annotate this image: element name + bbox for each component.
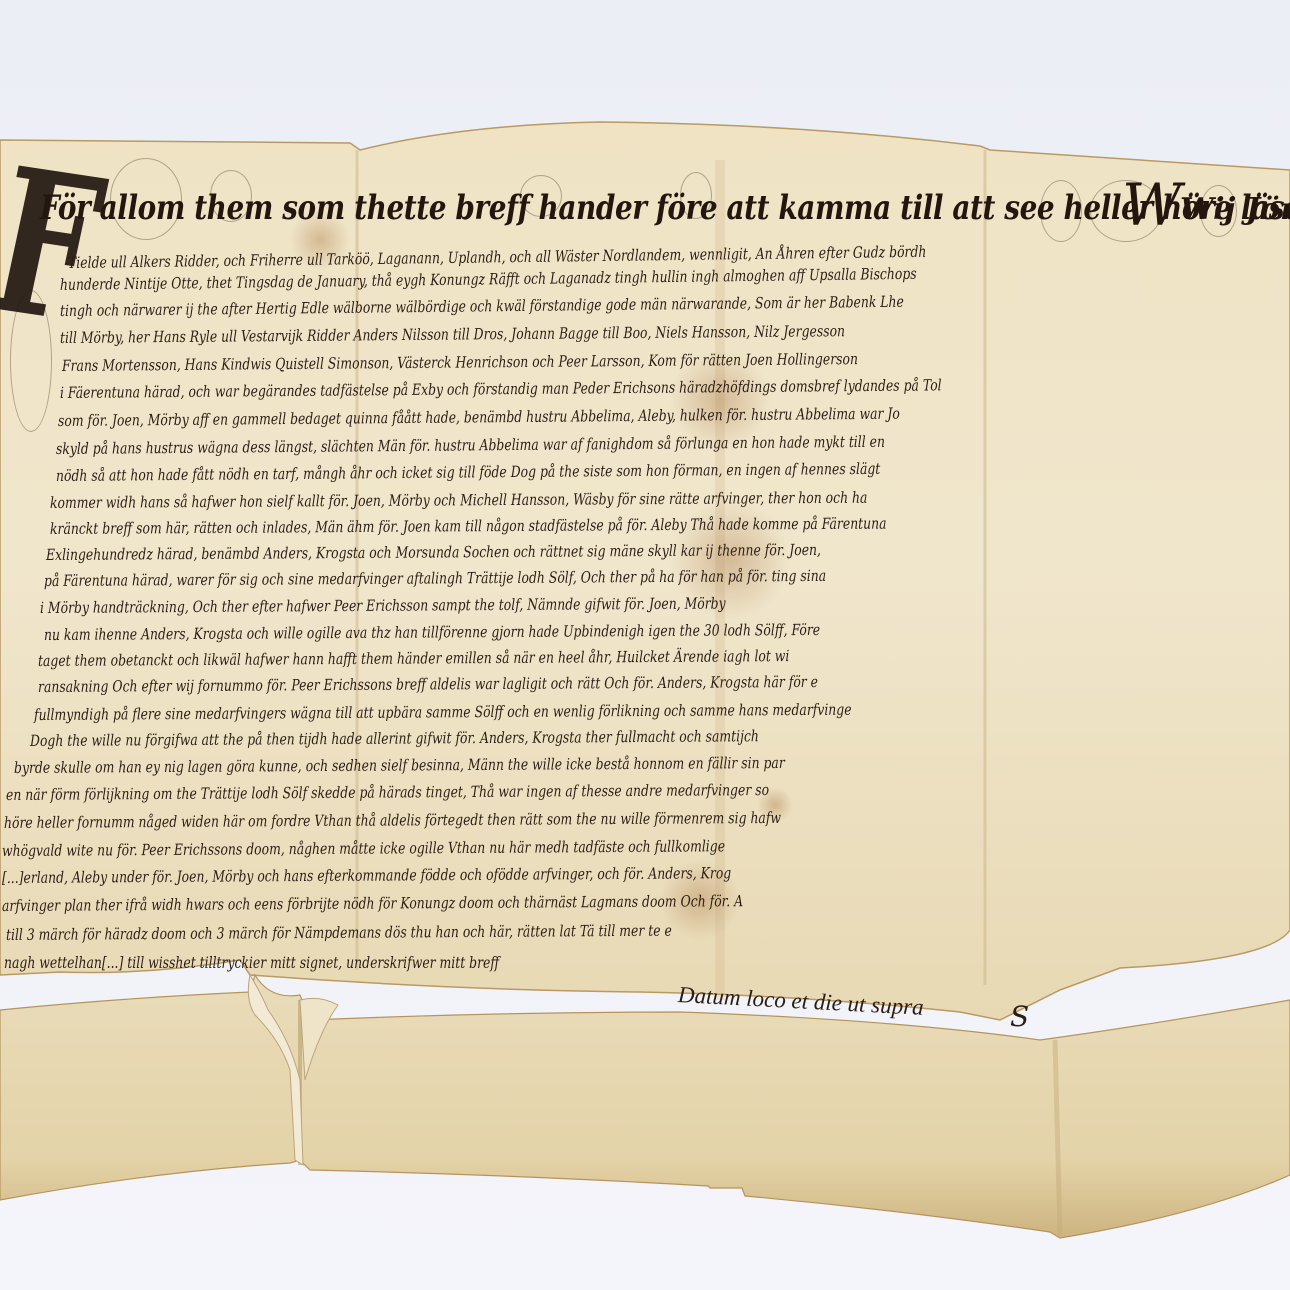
text-line: kommer widh hans så hafwer hon sielf kal… (50, 489, 867, 512)
photo-stage: F För allom them som thette breff hander… (0, 0, 1290, 1290)
decorated-initial-right: W (1122, 176, 1182, 234)
text-line: byrde skulle om han ey nig lagen göra ku… (14, 754, 785, 777)
text-line: nödh så att hon hade fått nödh en tarf, … (56, 460, 880, 485)
initial-right-letter: W (1122, 171, 1182, 239)
heading-tail: Wij Jör. ag (1180, 192, 1290, 227)
text-line: till 3 märch för häradz doom och 3 märch… (6, 922, 672, 944)
text-line: fullmyndigh på flere sine medarfvingers … (34, 701, 852, 724)
text-line: Dogh the wille nu förgifwa att the på th… (30, 727, 759, 750)
text-line: i Mörby handträckning, Och ther efter ha… (40, 595, 726, 617)
text-line: Frans Mortensson, Hans Kindwis Quistell … (62, 350, 858, 375)
text-line: ransakning Och efter wij fornummo för. P… (38, 673, 818, 696)
manuscript-text: F För allom them som thette breff hander… (0, 0, 1290, 1290)
text-line: på Färentuna härad, warer för sig och si… (44, 567, 826, 590)
text-line: taget them obetanckt och likwäl hafwer h… (38, 647, 789, 670)
text-line: Exlingehundredz härad, benämbd Anders, K… (46, 541, 821, 564)
text-line: [...]erland, Aleby under för. Joen, Mörb… (2, 864, 731, 887)
text-line: nagh wettelhan[...] till wisshet tilltry… (4, 954, 499, 972)
text-line: nu kam ihenne Anders, Krogsta och wille … (44, 621, 820, 644)
closing-datum: Datum loco et die ut supra (677, 982, 924, 1021)
text-line: skyld på hans hustrus wägna dess längst,… (56, 433, 885, 458)
document-heading: För allom them som thette breff hander f… (40, 188, 1065, 228)
text-line: höre heller fornumm någed widen här om f… (4, 809, 781, 832)
closing-mark: S (1010, 1000, 1029, 1033)
text-line: tingh och närwarer ij the after Hertig E… (60, 293, 904, 320)
text-line: kränckt breff som här, rätten och inlade… (50, 515, 887, 538)
text-line: som för. Joen, Mörby aff en gammell beda… (58, 405, 900, 430)
text-line: till Mörby, her Hans Ryle ull Vestarvijk… (60, 322, 845, 347)
text-line: en när förm förlijkning om the Trättije … (6, 781, 769, 804)
text-line: whögvald wite nu för. Peer Erichssons do… (2, 837, 725, 860)
text-line: i Fäerentuna härad, och war begärandes t… (60, 376, 942, 402)
text-line: arfvinger plan ther ifrå widh hwars och … (2, 892, 743, 915)
decorated-initial: F (0, 140, 103, 354)
